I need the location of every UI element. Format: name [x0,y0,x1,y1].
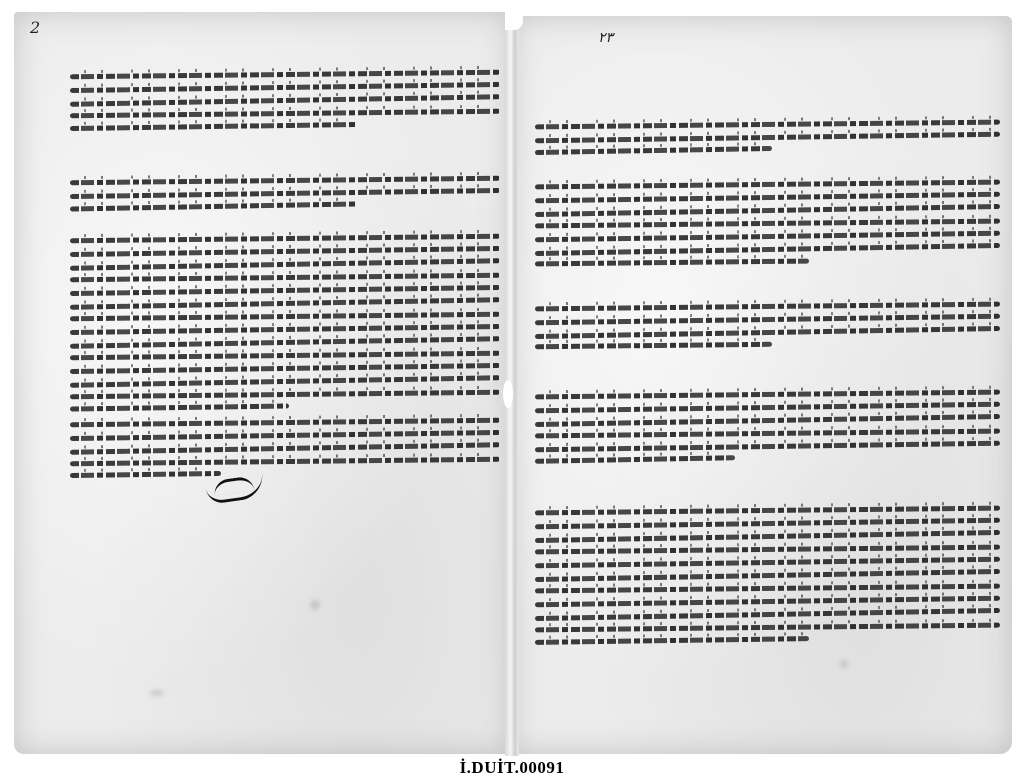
paper-stain [150,690,164,696]
paper-stain [840,660,848,668]
archive-reference-label: İ.DUİT.00091 [0,758,1024,778]
paper-tear [505,12,523,30]
paper-stain [310,600,320,610]
folio-number-right: ٢٣ [598,30,613,46]
paper-tear [503,380,513,408]
folio-number-left: 2 [30,18,40,37]
